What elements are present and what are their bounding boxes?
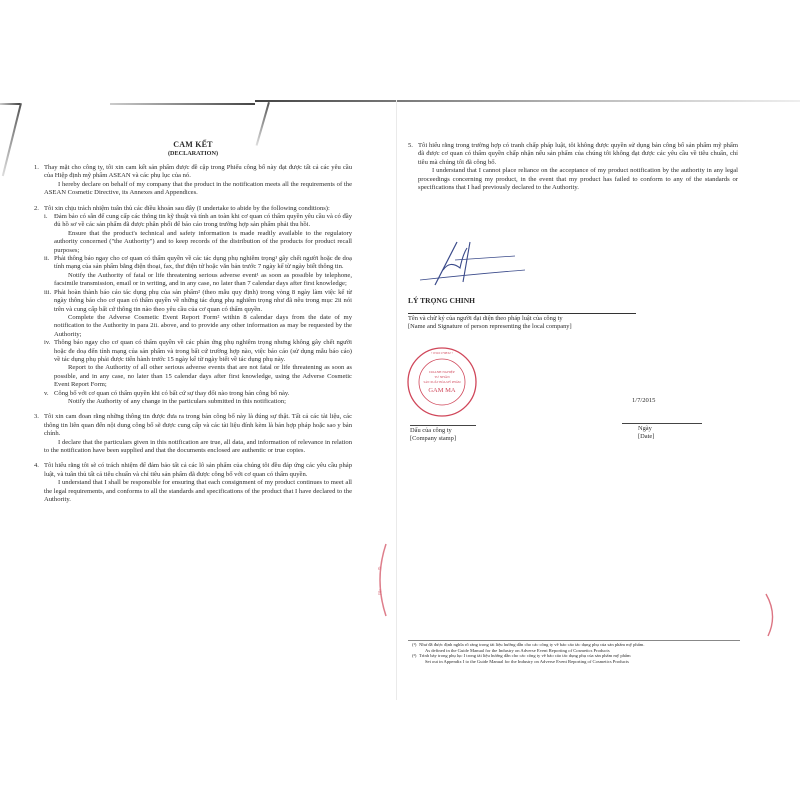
- clause-number: 2.: [34, 205, 39, 213]
- subclause-number: iii.: [44, 289, 51, 297]
- clause-1: 1. Thay mặt cho công ty, tôi xin cam kết…: [34, 164, 352, 198]
- subclause-text-en: Report to the Authority of all other ser…: [54, 364, 352, 389]
- stamp-caption: Dấu của công ty [Company stamp]: [410, 427, 456, 443]
- svg-text:TƯ NHÂN: TƯ NHÂN: [434, 374, 450, 379]
- footnote-mark: (²): [412, 653, 416, 659]
- left-page-top-edge: [0, 103, 20, 105]
- footnote-rule: [408, 640, 740, 641]
- clause-text-en: I understand that I cannot place relianc…: [418, 167, 738, 192]
- representative-caption-en: [Name and Signature of person representi…: [408, 323, 572, 331]
- document-title: CAM KẾT: [34, 140, 352, 150]
- left-page-fold: [2, 103, 22, 176]
- footnote-2: (²) Trình bày trong phụ lục I trong tài …: [412, 653, 752, 664]
- date-caption-vi: Ngày: [638, 425, 654, 433]
- declaration-right-page: 5. Tôi hiểu rằng trong trường hợp có tra…: [408, 142, 738, 199]
- stamp-line: [410, 425, 476, 426]
- subclause-text-vi: Đảm bảo có sẵn để cung cấp các thông tin…: [54, 213, 352, 230]
- svg-text:• 0310170832 •: • 0310170832 •: [431, 351, 453, 355]
- subclause-text-en: Notify the Authority of any change in th…: [54, 398, 352, 406]
- clause-text-en: I declare that the particulars given in …: [44, 439, 352, 456]
- representative-caption-vi: Tên và chữ ký của người đại diện theo ph…: [408, 315, 572, 323]
- signature-icon: [415, 240, 525, 290]
- stamp-caption-vi: Dấu của công ty: [410, 427, 456, 435]
- declaration-left-page: CAM KẾT (DECLARATION) 1. Thay mặt cho cô…: [34, 140, 352, 511]
- clause-text-vi: Thay mặt cho công ty, tôi xin cam kết sả…: [44, 164, 352, 181]
- subclause-number: ii.: [44, 255, 49, 263]
- signature-line: [408, 313, 636, 314]
- date-caption: Ngày [Date]: [638, 425, 654, 441]
- document-subtitle: (DECLARATION): [34, 150, 352, 158]
- subclause-number: i.: [44, 213, 47, 221]
- stamp-caption-en: [Company stamp]: [410, 435, 456, 443]
- clause-text-vi: Tôi hiểu rằng tôi sẽ có trách nhiệm để đ…: [44, 462, 352, 479]
- svg-text:ẻ: ẻ: [378, 566, 381, 572]
- clause-2: 2. Tôi xin chịu trách nhiệm tuân thủ các…: [34, 205, 352, 407]
- subclause-text-vi: Phải hoàn thành báo cáo tác dụng phụ của…: [54, 289, 352, 314]
- svg-text:GAM MA: GAM MA: [428, 387, 456, 394]
- subclause-text-en: Ensure that the product's technical and …: [54, 230, 352, 255]
- svg-text:Ê: Ê: [378, 589, 382, 597]
- clause-number: 4.: [34, 462, 39, 470]
- company-stamp-icon: DOANH NGHIỆP TƯ NHÂN SẢN XUẤT HÓA MỸ PHẨ…: [405, 345, 479, 419]
- representative-name: LÝ TRỌNG CHINH: [408, 296, 475, 305]
- subclause-i: i. Đảm bảo có sẵn để cung cấp các thông …: [44, 213, 352, 255]
- clause-text-en: I understand that I shall be responsible…: [44, 479, 352, 504]
- subclause-ii: ii. Phải thông báo ngay cho cơ quan có t…: [44, 255, 352, 289]
- footnotes: (¹) Như đã được định nghĩa rõ ràng trong…: [412, 642, 752, 664]
- subclause-text-en: Complete the Adverse Cosmetic Event Repo…: [54, 314, 352, 339]
- clause-number: 3.: [34, 413, 39, 421]
- svg-text:DOANH NGHIỆP: DOANH NGHIỆP: [429, 369, 455, 374]
- clause-text-vi: Tôi hiểu rằng trong trường hợp có tranh …: [418, 142, 738, 167]
- subclause-text-vi: Công bố với cơ quan có thẩm quyền khi có…: [54, 390, 352, 398]
- clause-intro: Tôi xin chịu trách nhiệm tuân thủ các đi…: [44, 205, 352, 213]
- subclause-iii: iii. Phải hoàn thành báo cáo tác dụng ph…: [44, 289, 352, 339]
- subclause-text-vi: Thông báo ngay cho cơ quan có thẩm quyền…: [54, 339, 352, 364]
- subclause-text-en: Notify the Authority of fatal or life th…: [54, 272, 352, 289]
- subclause-text-vi: Phải thông báo ngay cho cơ quan có thẩm …: [54, 255, 352, 272]
- clause-text-vi: Tôi xin cam đoan rằng những thông tin đư…: [44, 413, 352, 438]
- date-caption-en: [Date]: [638, 433, 654, 441]
- clause-3: 3. Tôi xin cam đoan rằng những thông tin…: [34, 413, 352, 455]
- partial-stamp-mark: [762, 590, 780, 640]
- representative-caption: Tên và chữ ký của người đại diện theo ph…: [408, 315, 572, 331]
- page-divider: [396, 100, 397, 700]
- subclause-number: v.: [44, 390, 49, 398]
- footnote-text-en: Set out in Appendix I to the Guide Manua…: [419, 659, 752, 665]
- right-page-top-edge: [255, 100, 800, 102]
- svg-text:SẢN XUẤT HÓA MỸ PHẨM: SẢN XUẤT HÓA MỸ PHẨM: [423, 379, 460, 384]
- subclause-number: iv.: [44, 339, 50, 347]
- footnote-mark: (¹): [412, 642, 416, 648]
- subclause-v: v. Công bố với cơ quan có thẩm quyền khi…: [44, 390, 352, 407]
- clause-number: 5.: [408, 142, 413, 150]
- footnote-1: (¹) Như đã được định nghĩa rõ ràng trong…: [412, 642, 752, 653]
- subclause-iv: iv. Thông báo ngay cho cơ quan có thẩm q…: [44, 339, 352, 389]
- partial-stamp-mark: ẻ Ê: [372, 540, 392, 620]
- clause-4: 4. Tôi hiểu rằng tôi sẽ có trách nhiệm đ…: [34, 462, 352, 504]
- date-line: [622, 423, 702, 424]
- date-value: 1/7/2015: [632, 397, 655, 404]
- clause-text-en: I hereby declare on behalf of my company…: [44, 181, 352, 198]
- clause-number: 1.: [34, 164, 39, 172]
- left-page-top-edge-2: [110, 103, 255, 105]
- clause-5: 5. Tôi hiểu rằng trong trường hợp có tra…: [408, 142, 738, 192]
